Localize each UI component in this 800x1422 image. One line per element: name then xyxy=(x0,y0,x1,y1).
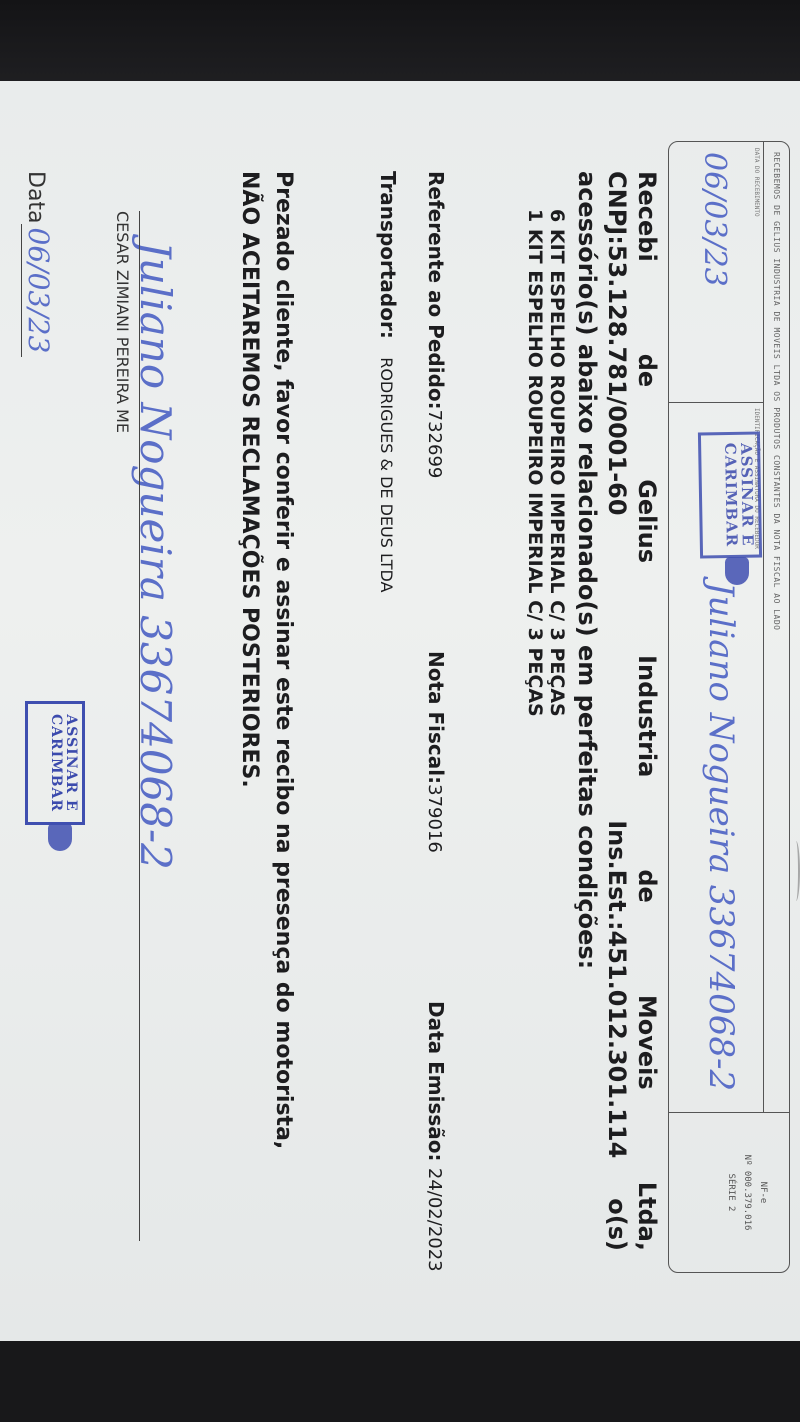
item-description: KIT ESPELHO ROUPEIRO IMPERIAL C/ 3 PEÇAS xyxy=(524,229,546,717)
notice: Prezado cliente, favor conferir e assina… xyxy=(232,171,300,1271)
recebi-word: Ltda, xyxy=(632,1182,662,1251)
list-item: 1 KIT ESPELHO ROUPEIRO IMPERIAL C/ 3 PEÇ… xyxy=(524,209,546,1251)
items-list: 6 KIT ESPELHO ROUPEIRO IMPERIAL C/ 3 PEÇ… xyxy=(524,209,568,1251)
nfe-series: SÉRIE 2 xyxy=(723,1113,739,1272)
notice-line-2: NÃO ACEITAREMOS RECLAMAÇÕES POSTERIORES. xyxy=(232,171,266,1271)
receipt-stub: RECEBEMOS DE GELIUS INDUSTRIA DE MOVEIS … xyxy=(668,141,790,1273)
stub-id-cell: IDENTIFICAÇÃO E ASSINATURA DO RECEBEDOR … xyxy=(669,402,763,1112)
carrier-label: Transportador: xyxy=(376,171,400,339)
list-item: 6 KIT ESPELHO ROUPEIRO IMPERIAL C/ 3 PEÇ… xyxy=(546,209,568,1251)
customer-name: CESAR ZIMIANI PEREIRA ME xyxy=(113,211,132,433)
issue-date: Data Emissão: 24/02/2023 xyxy=(424,1001,448,1272)
recebi-word: Moveis xyxy=(632,995,662,1090)
sign-stamp-top: ASSINAR E CARIMBAR xyxy=(698,431,762,558)
pointing-hand-icon xyxy=(48,823,72,851)
recebi-word: Recebi xyxy=(632,171,662,262)
stub-date-label: DATA DO RECEBIMENTO xyxy=(750,142,763,402)
recebi-word: de xyxy=(632,354,662,387)
invoice-reference: Nota Fiscal:379016 xyxy=(424,651,448,853)
carrier-row: Transportador: RODRIGUES & DE DEUS LTDA xyxy=(376,171,400,592)
order-value: 732699 xyxy=(424,410,445,479)
item-description: KIT ESPELHO ROUPEIRO IMPERIAL C/ 3 PEÇAS xyxy=(546,229,568,717)
item-qty: 1 xyxy=(524,209,546,222)
receipt-paper: RECEBEMOS DE GELIUS INDUSTRIA DE MOVEIS … xyxy=(0,81,800,1341)
stub-header-text: RECEBEMOS DE GELIUS INDUSTRIA DE MOVEIS … xyxy=(763,142,789,1112)
stub-date-cell: DATA DO RECEBIMENTO 06/03/23 xyxy=(669,142,763,403)
sign-stamp-bottom: ASSINAR E CARIMBAR xyxy=(25,701,85,825)
recebi-word: Gelius xyxy=(632,479,662,563)
order-reference: Referente ao Pedido:732699 xyxy=(424,171,448,478)
os-suffix: o(s) xyxy=(602,1198,632,1251)
stamp-line-2: CARIMBAR xyxy=(49,704,64,822)
recebi-word: de xyxy=(632,869,662,902)
nfe-type: NF-e xyxy=(755,1113,771,1272)
pointing-hand-icon xyxy=(725,557,749,585)
stamp-line-1: ASSINAR E xyxy=(63,704,78,822)
recebi-line: Recebi de Gelius Industria de Moveis Ltd… xyxy=(632,171,662,1251)
invoice-value: 379016 xyxy=(424,784,445,853)
accessories-line: acessório(s) abaixo relacionado(s) em pe… xyxy=(572,171,602,1251)
inscricao-estadual: Ins.Est.:451.012.301.114 xyxy=(602,820,632,1158)
item-qty: 6 xyxy=(546,209,568,222)
nfe-box: NF-e Nº 000.379.016 SÉRIE 2 xyxy=(669,1112,789,1272)
cnpj-line: CNPJ:53.128.781/0001-60 Ins.Est.:451.012… xyxy=(602,171,632,1251)
date-label: Data xyxy=(23,171,48,224)
notice-line-1: Prezado cliente, favor conferir e assina… xyxy=(266,171,300,1271)
date-handwritten: 06/03/23 xyxy=(21,224,55,358)
pen-mark xyxy=(792,841,800,901)
signature-line xyxy=(139,211,140,1241)
recebi-word: Industria xyxy=(632,655,662,777)
signature-date: Data06/03/23 xyxy=(22,171,55,357)
cnpj: CNPJ:53.128.781/0001-60 xyxy=(602,171,632,516)
stub-id-signature: Juliano Nogueira 33674068-2 xyxy=(701,582,741,1091)
invoice-label: Nota Fiscal: xyxy=(424,651,448,784)
stamp-line-2: CARIMBAR xyxy=(721,435,739,555)
issue-date-value: 24/02/2023 xyxy=(424,1168,445,1272)
background-bottom xyxy=(0,1330,800,1422)
receipt-body: Recebi de Gelius Industria de Moveis Ltd… xyxy=(524,171,662,1251)
order-label: Referente ao Pedido: xyxy=(424,171,448,410)
stub-date-handwritten: 06/03/23 xyxy=(697,142,732,402)
issue-date-label: Data Emissão: xyxy=(424,1001,448,1162)
carrier-value: RODRIGUES & DE DEUS LTDA xyxy=(377,357,396,592)
nfe-number: Nº 000.379.016 xyxy=(739,1113,755,1272)
